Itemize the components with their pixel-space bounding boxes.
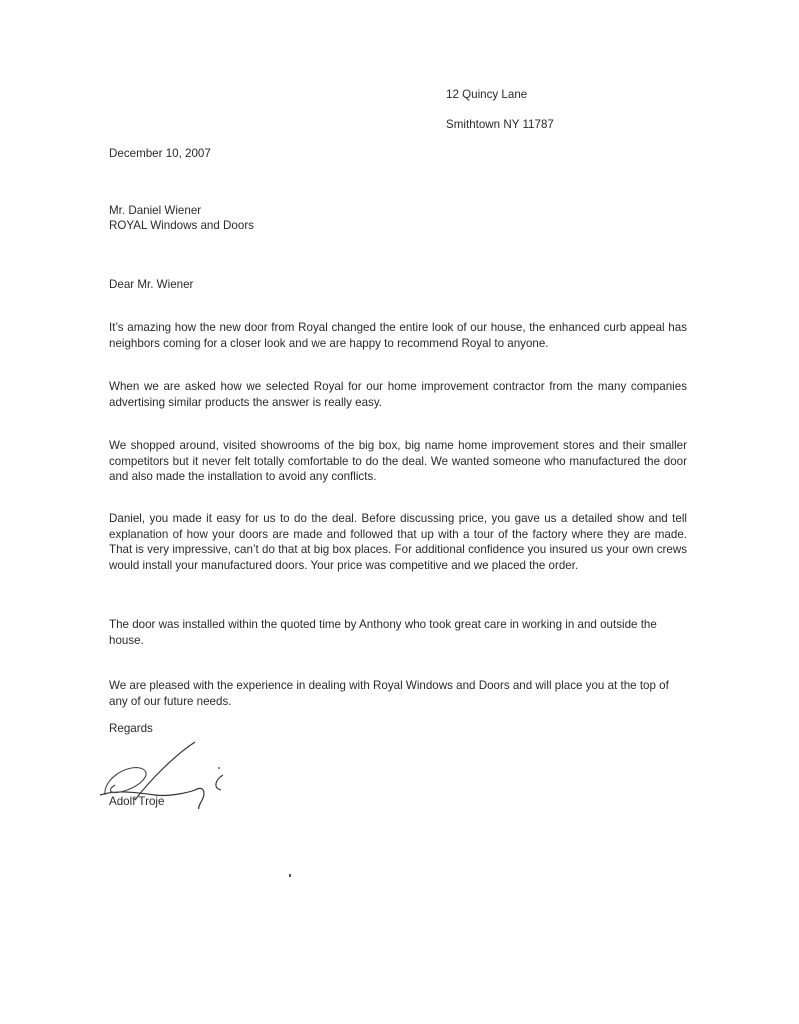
paragraph-5: The door was installed within the quoted… — [109, 617, 687, 648]
paragraph-1: It’s amazing how the new door from Royal… — [109, 320, 687, 351]
scan-speck — [289, 874, 291, 877]
paragraph-2: When we are asked how we selected Royal … — [109, 379, 687, 410]
recipient-name: Mr. Daniel Wiener — [109, 204, 201, 217]
closing: Regards — [109, 722, 153, 735]
signer-name: Adolf Troje — [109, 795, 164, 808]
recipient-company: ROYAL Windows and Doors — [109, 219, 254, 232]
sender-address-line1: 12 Quincy Lane — [446, 88, 527, 101]
paragraph-3: We shopped around, visited showrooms of … — [109, 438, 687, 485]
sender-address-line2: Smithtown NY 11787 — [446, 118, 554, 131]
salutation: Dear Mr. Wiener — [109, 278, 193, 291]
paragraph-6: We are pleased with the experience in de… — [109, 678, 687, 709]
paragraph-4: Daniel, you made it easy for us to do th… — [109, 511, 687, 573]
letter-date: December 10, 2007 — [109, 147, 211, 160]
